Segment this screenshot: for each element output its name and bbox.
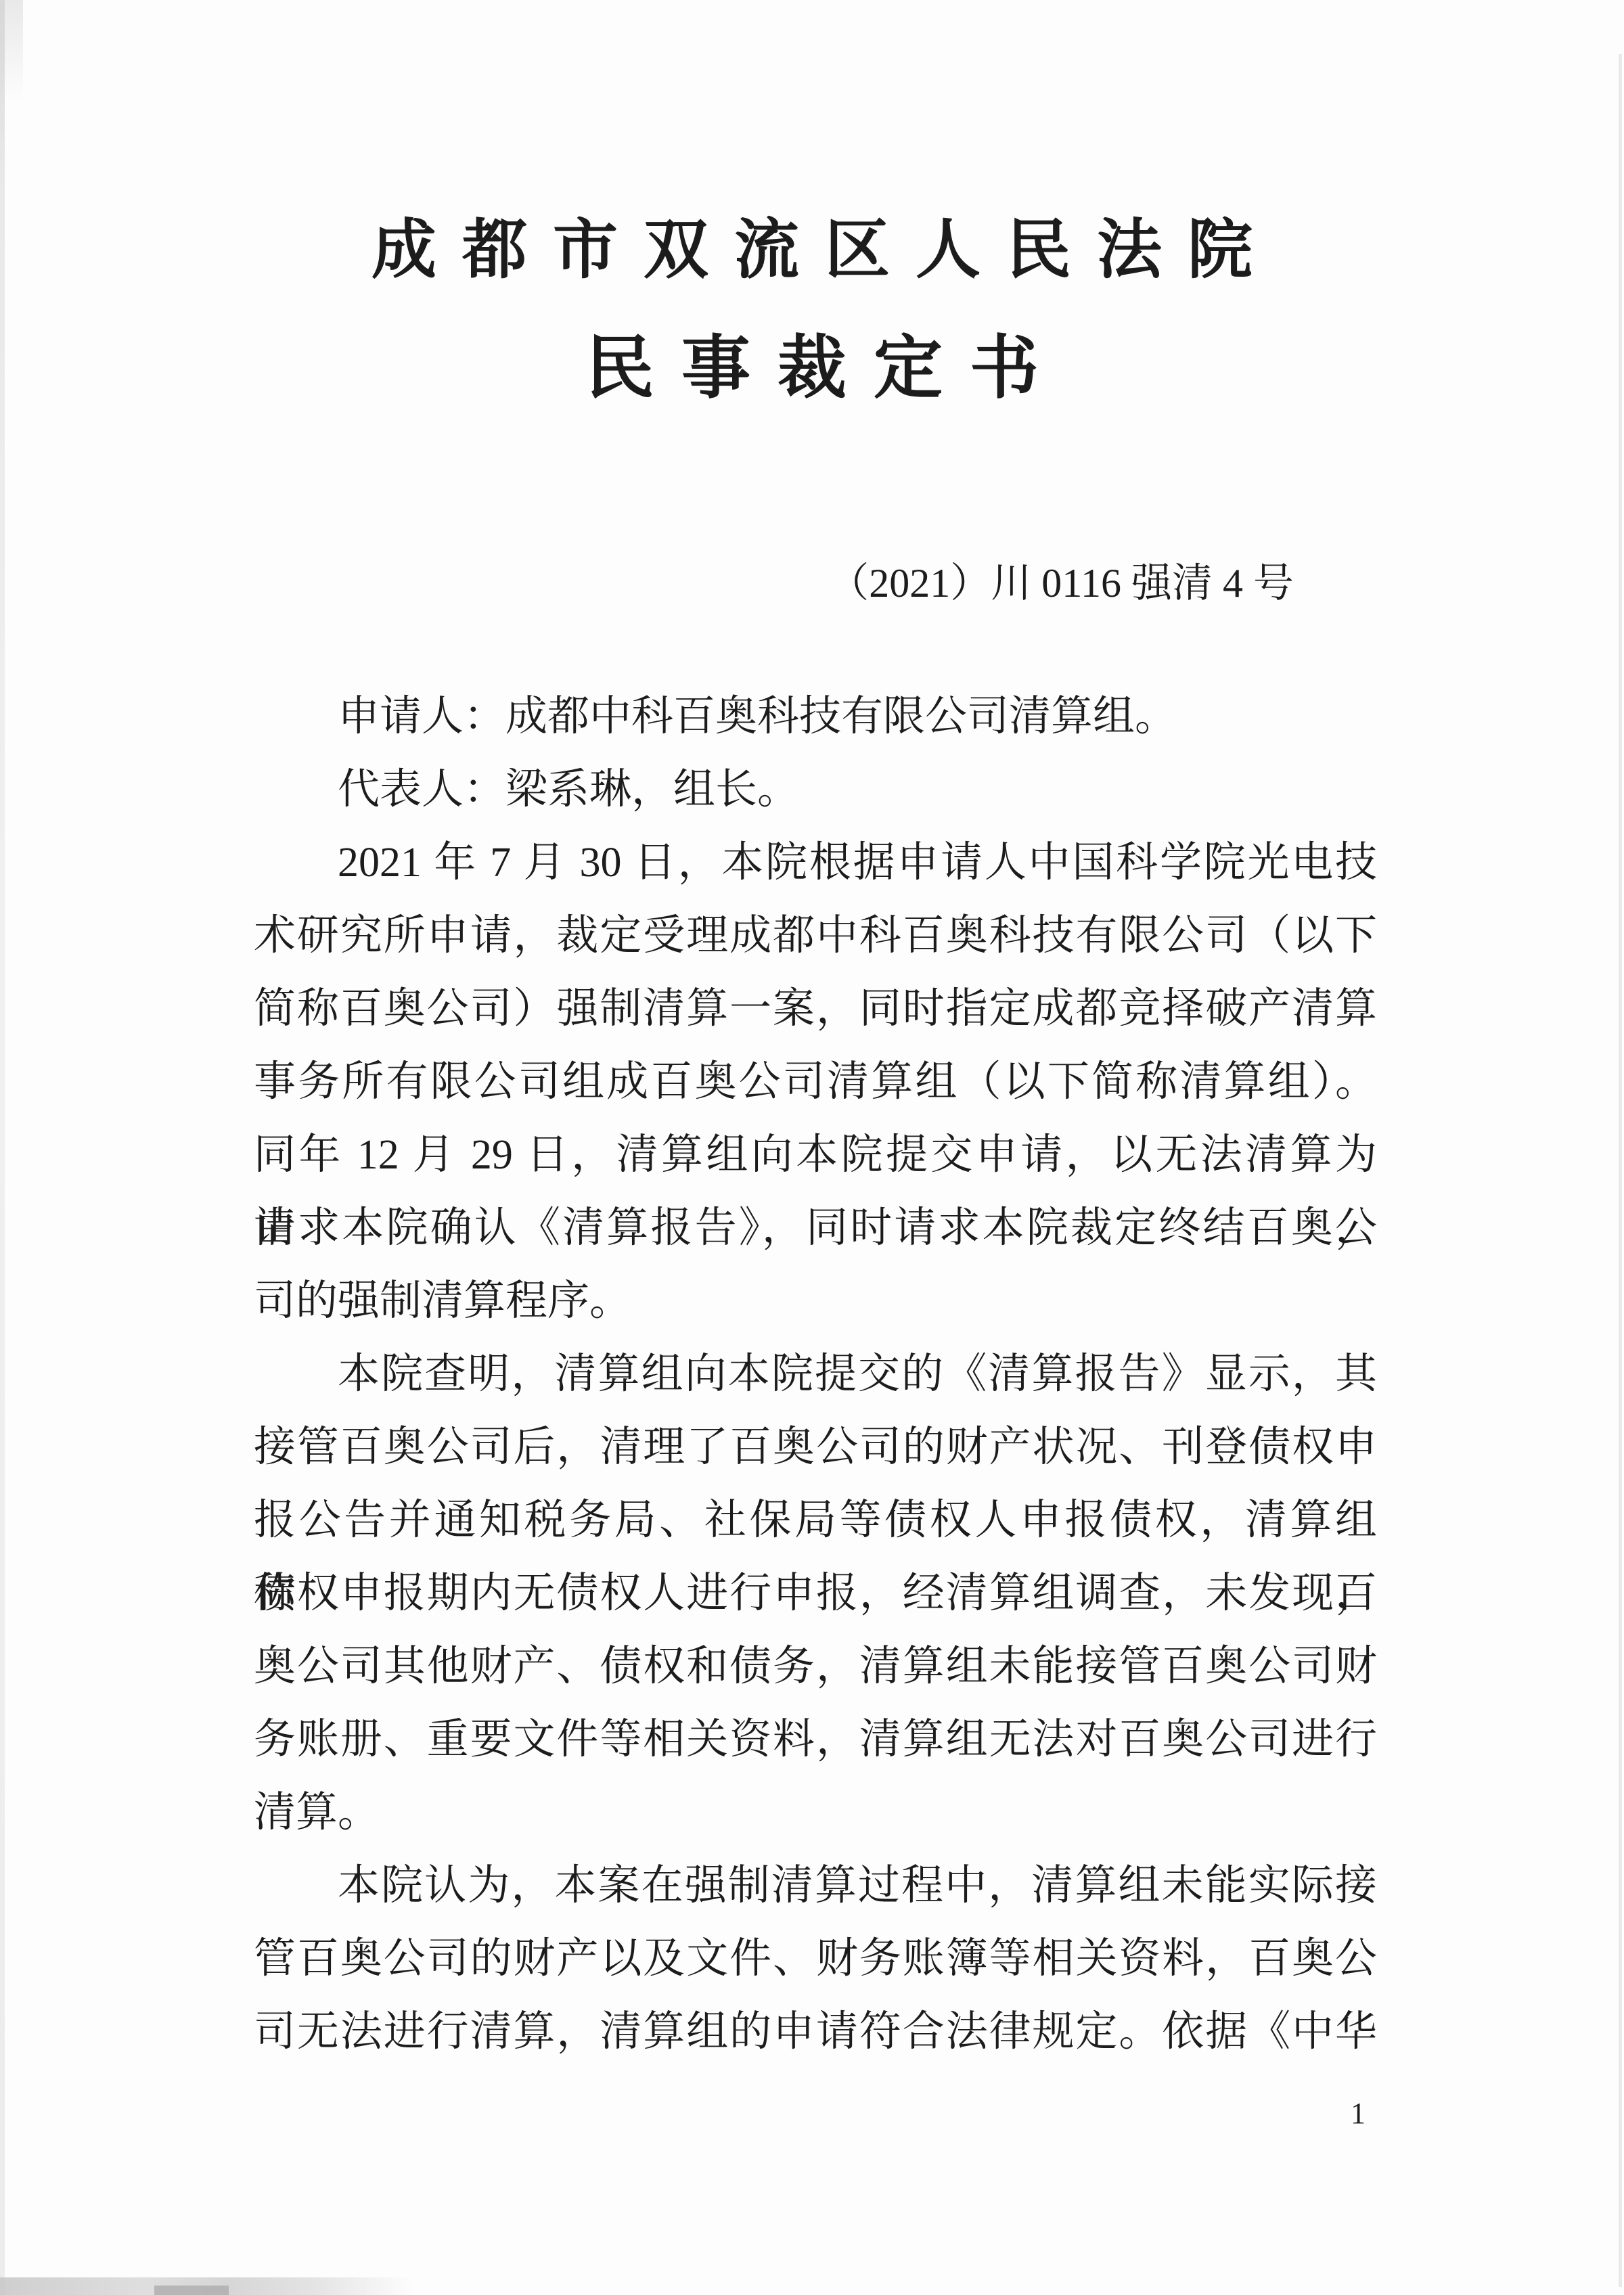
court-name-heading: 成都市双流区人民法院: [0, 210, 1624, 291]
body-line: 本院查明，清算组向本院提交的《清算报告》显示，其: [254, 1338, 1377, 1411]
body-line: 司无法进行清算，清算组的申请符合法律规定。依据《中华: [254, 1995, 1377, 2068]
case-number: （2021）川 0116 强清 4 号: [828, 559, 1294, 608]
body-line: 报公告并通知税务局、社保局等债权人申报债权，清算组称，: [254, 1484, 1377, 1557]
body-line: 请求本院确认《清算报告》，同时请求本院裁定终结百奥公: [254, 1191, 1377, 1265]
body-line: 务账册、重要文件等相关资料，清算组无法对百奥公司进行: [254, 1703, 1377, 1776]
scan-artifact-bottom-dark-patch: [154, 2286, 229, 2295]
document-type-heading: 民事裁定书: [0, 326, 1624, 413]
body-line: 接管百奥公司后，清理了百奥公司的财产状况、刊登债权申: [254, 1411, 1377, 1484]
court-name-text: 成都市双流区人民法院: [371, 214, 1278, 286]
body-line: 事务所有限公司组成百奥公司清算组（以下简称清算组）。: [254, 1045, 1377, 1118]
ruling-body: 申请人：成都中科百奥科技有限公司清算组。代表人：梁系琳，组长。2021 年 7 …: [254, 680, 1377, 2068]
body-line: 债权申报期内无债权人进行申报，经清算组调查，未发现百: [254, 1557, 1377, 1630]
body-line: 代表人：梁系琳，组长。: [254, 753, 1377, 826]
page-number: 1: [1351, 2096, 1366, 2132]
document-type-text: 民事裁定书: [585, 331, 1066, 407]
body-line: 术研究所申请，裁定受理成都中科百奥科技有限公司（以下: [254, 899, 1377, 972]
body-line: 简称百奥公司）强制清算一案，同时指定成都竞择破产清算: [254, 972, 1377, 1045]
body-line: 同年 12 月 29 日，清算组向本院提交申请，以无法清算为由，: [254, 1118, 1377, 1191]
scanned-ruling-page: 成都市双流区人民法院 民事裁定书 （2021）川 0116 强清 4 号 申请人…: [0, 0, 1624, 2295]
body-line: 管百奥公司的财产以及文件、财务账簿等相关资料，百奥公: [254, 1922, 1377, 1995]
body-line: 2021 年 7 月 30 日，本院根据申请人中国科学院光电技: [254, 826, 1377, 899]
body-line: 申请人：成都中科百奥科技有限公司清算组。: [254, 680, 1377, 753]
body-line: 本院认为，本案在强制清算过程中，清算组未能实际接: [254, 1849, 1377, 1922]
scan-artifact-top-left-corner: [0, 0, 23, 101]
body-line: 司的强制清算程序。: [254, 1265, 1377, 1338]
body-line: 奥公司其他财产、债权和债务，清算组未能接管百奥公司财: [254, 1630, 1377, 1703]
body-line: 清算。: [254, 1776, 1377, 1849]
